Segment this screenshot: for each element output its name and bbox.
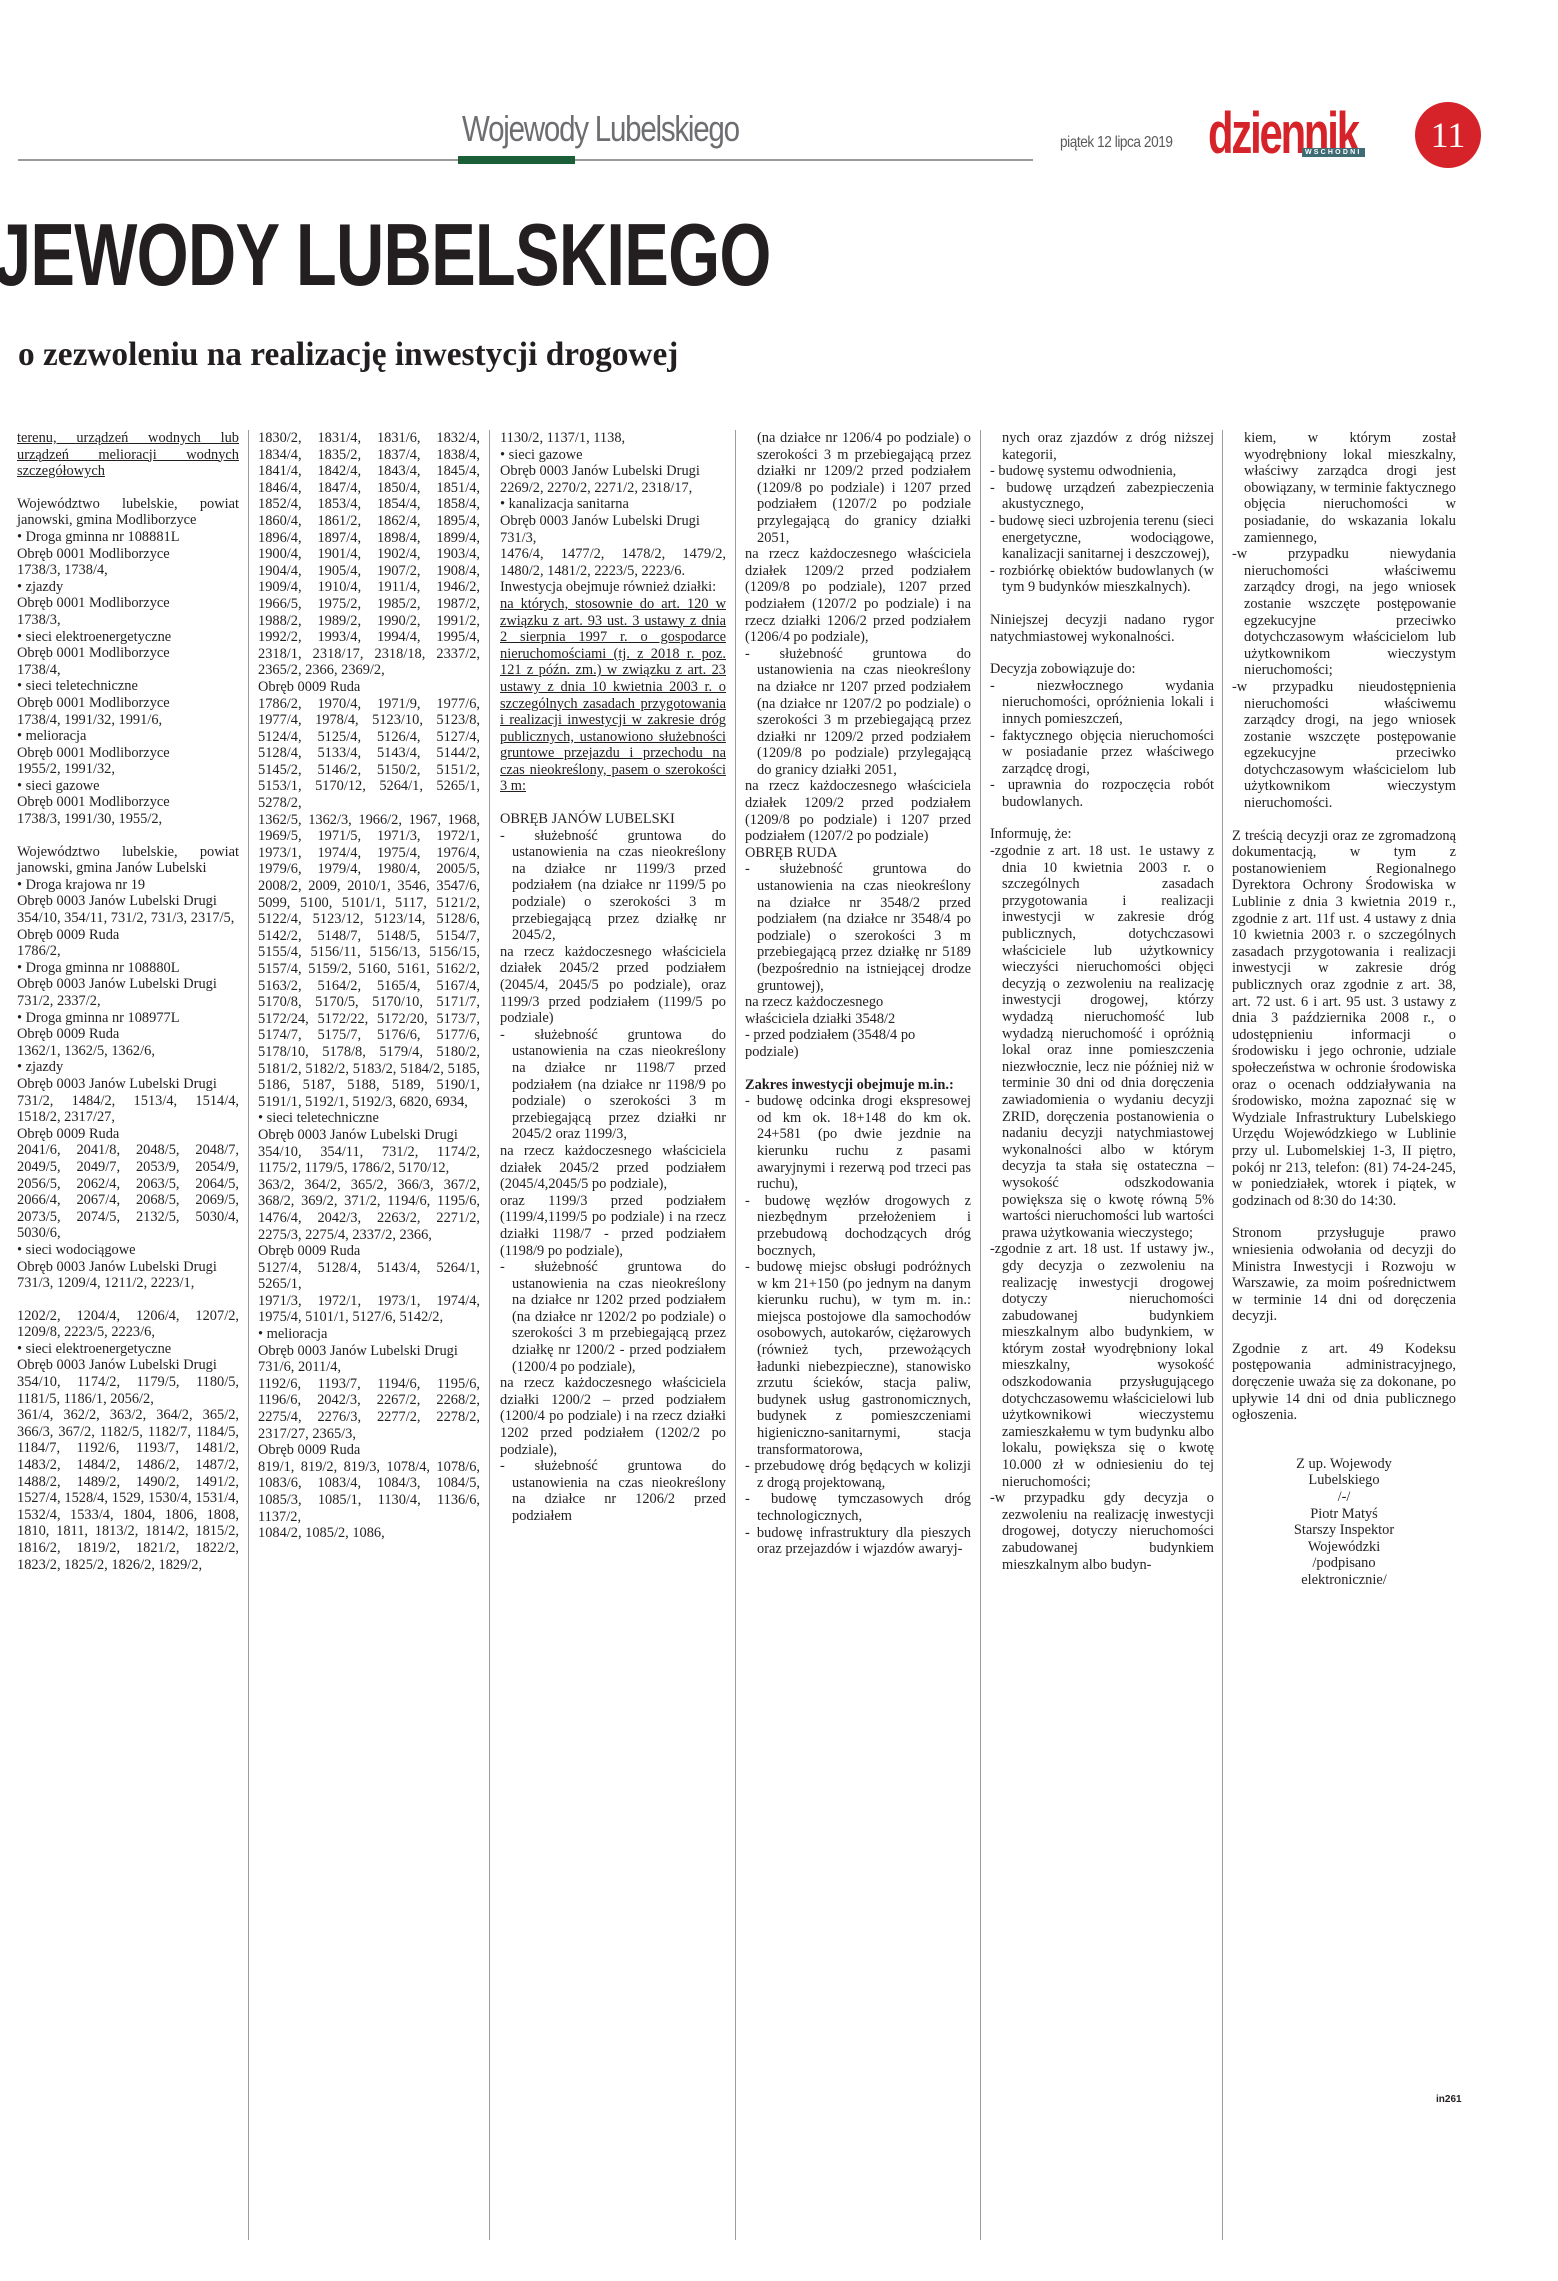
paragraph: na rzecz każdoczesnego bbox=[745, 994, 971, 1011]
paragraph: Województwo lubelskie, powiat janowski, … bbox=[17, 844, 239, 877]
paragraph: 1738/4, bbox=[17, 662, 239, 679]
paragraph: 354/10, 354/11, 731/2, 731/3, 2317/5, bbox=[17, 910, 239, 927]
paragraph: nych oraz zjazdów z dróg niższej kategor… bbox=[990, 430, 1214, 463]
paragraph: -w przypadku niewydania nieruchomości wł… bbox=[1232, 546, 1456, 679]
paragraph: • Droga gminna nr 108881L bbox=[17, 529, 239, 546]
paragraph: Obręb 0003 Janów Lubelski Drugi bbox=[17, 1076, 239, 1093]
paragraph: - służebność gruntowa do ustanowienia na… bbox=[500, 828, 726, 944]
paragraph: • Droga krajowa nr 19 bbox=[17, 877, 239, 894]
paragraph: 819/1, 819/2, 819/3, 1078/4, 1078/6, 108… bbox=[258, 1459, 480, 1525]
paragraph: właściciela działki 3548/2 bbox=[745, 1011, 971, 1028]
signature-line: Piotr Matyś bbox=[1232, 1506, 1456, 1523]
paragraph: - uprawnia do rozpoczęcia robót budowlan… bbox=[990, 777, 1214, 810]
newspaper-logo-subtitle: WSCHODNI bbox=[1302, 148, 1365, 157]
paragraph-spacer bbox=[990, 810, 1214, 826]
paragraph: 354/10, 1174/2, 1179/5, 1180/5, 1181/5, … bbox=[17, 1374, 239, 1407]
article-column-5: nych oraz zjazdów z dróg niższej kategor… bbox=[990, 430, 1214, 2250]
column-divider bbox=[489, 430, 490, 2240]
paragraph: Niniejszej decyzji nadano rygor natychmi… bbox=[990, 612, 1214, 645]
paragraph: • sieci teletechniczne bbox=[258, 1110, 480, 1127]
paragraph: • zjazdy bbox=[17, 1059, 239, 1076]
paragraph: Obręb 0003 Janów Lubelski Drugi bbox=[17, 976, 239, 993]
ad-code: in261 bbox=[1436, 2094, 1462, 2105]
paragraph: 354/10, 354/11, 731/2, 1174/2, 1175/2, 1… bbox=[258, 1144, 480, 1177]
paragraph: Obręb 0003 Janów Lubelski Drugi bbox=[500, 463, 726, 480]
paragraph: Obręb 0001 Modliborzyce bbox=[17, 794, 239, 811]
paragraph: Z treścią decyzji oraz ze zgromadzoną do… bbox=[1232, 828, 1456, 1210]
paragraph: kiem, w którym został wyodrębniony lokal… bbox=[1232, 430, 1456, 546]
page-number-badge: 11 bbox=[1415, 102, 1481, 168]
paragraph: Obręb 0009 Ruda bbox=[17, 1126, 239, 1143]
paragraph-spacer bbox=[1232, 1424, 1456, 1440]
paragraph: na rzecz każdoczesnego właściciela dział… bbox=[500, 1375, 726, 1458]
paragraph: 731/3, bbox=[500, 530, 726, 547]
paragraph: • kanalizacja sanitarna bbox=[500, 496, 726, 513]
paragraph: oraz 1199/3 przed podziałem (1199/4,1199… bbox=[500, 1193, 726, 1259]
paragraph: 363/2, 364/2, 365/2, 366/3, 367/2, 368/2… bbox=[258, 1177, 480, 1243]
headline: JEWODY LUBELSKIEGO bbox=[0, 210, 771, 300]
paragraph: - budowę urządzeń zabezpieczenia akustyc… bbox=[990, 480, 1214, 513]
paragraph: na których, stosownie do art. 120 w zwią… bbox=[500, 596, 726, 795]
paragraph: - służebność gruntowa do ustanowienia na… bbox=[745, 646, 971, 779]
paragraph: 1738/3, bbox=[17, 612, 239, 629]
column-divider bbox=[980, 430, 981, 2240]
paragraph: 1362/5, 1362/3, 1966/2, 1967, 1968, 1969… bbox=[258, 812, 480, 1111]
paragraph: 1971/3, 1972/1, 1973/1, 1974/4, 1975/4, … bbox=[258, 1293, 480, 1326]
paragraph: Obręb 0003 Janów Lubelski Drugi bbox=[258, 1343, 480, 1360]
paragraph: 5127/4, 5128/4, 5143/4, 5264/1, 5265/1, bbox=[258, 1260, 480, 1293]
paragraph: - budowę infrastruktury dla pieszych ora… bbox=[745, 1525, 971, 1558]
column-divider bbox=[248, 430, 249, 2240]
paragraph: Decyzja zobowiązuje do: bbox=[990, 661, 1214, 678]
paragraph: Obręb 0003 Janów Lubelski Drugi bbox=[500, 513, 726, 530]
signature-line: /-/ bbox=[1232, 1489, 1456, 1506]
paragraph: Zakres inwestycji obejmuje m.in.: bbox=[745, 1077, 971, 1094]
paragraph: 1130/2, 1137/1, 1138, bbox=[500, 430, 726, 447]
signature-line: Starszy Inspektor bbox=[1232, 1522, 1456, 1539]
paragraph: - rozbiórkę obiektów budowlanych (w tym … bbox=[990, 563, 1214, 596]
paragraph: -w przypadku nieudostępnienia nieruchomo… bbox=[1232, 679, 1456, 812]
signature-line: elektronicznie/ bbox=[1232, 1572, 1456, 1589]
paragraph-spacer bbox=[17, 1292, 239, 1308]
signature-block: Z up. WojewodyLubelskiego/-/Piotr MatyśS… bbox=[1232, 1456, 1456, 1589]
paragraph: 1786/2, bbox=[17, 943, 239, 960]
paragraph: Obręb 0003 Janów Lubelski Drugi bbox=[258, 1127, 480, 1144]
paragraph: OBRĘB JANÓW LUBELSKI bbox=[500, 811, 726, 828]
paragraph: OBRĘB RUDA bbox=[745, 845, 971, 862]
paragraph: Obręb 0001 Modliborzyce bbox=[17, 695, 239, 712]
paragraph: Obręb 0003 Janów Lubelski Drugi bbox=[17, 1357, 239, 1374]
paragraph: • melioracja bbox=[17, 728, 239, 745]
paragraph: 1786/2, 1970/4, 1971/9, 1977/6, 1977/4, … bbox=[258, 696, 480, 812]
paragraph-spacer bbox=[17, 828, 239, 844]
paragraph: 731/2, 1484/2, 1513/4, 1514/4, 1518/2, 2… bbox=[17, 1093, 239, 1126]
paragraph: na rzecz każdoczesnego właściciela dział… bbox=[745, 546, 971, 646]
paragraph: Obręb 0009 Ruda bbox=[258, 1243, 480, 1260]
paragraph: - budowę sieci uzbrojenia terenu (sieci … bbox=[990, 513, 1214, 563]
paragraph: - służebność gruntowa do ustanowienia na… bbox=[500, 1458, 726, 1524]
paragraph: (na działce nr 1206/4 po podziale) o sze… bbox=[745, 430, 971, 546]
issue-date: piątek 12 lipca 2019 bbox=[1060, 134, 1172, 152]
paragraph: • Droga gminna nr 108880L bbox=[17, 960, 239, 977]
paragraph: - służebność gruntowa do ustanowienia na… bbox=[500, 1259, 726, 1375]
paragraph: 1362/1, 1362/5, 1362/6, bbox=[17, 1043, 239, 1060]
paragraph: • sieci elektroenergetyczne bbox=[17, 629, 239, 646]
paragraph-spacer bbox=[1232, 812, 1456, 828]
paragraph-spacer bbox=[1232, 1325, 1456, 1341]
paragraph: terenu, urządzeń wodnych lub urządzeń me… bbox=[17, 430, 239, 480]
paragraph: • melioracja bbox=[258, 1326, 480, 1343]
paragraph: Obręb 0009 Ruda bbox=[17, 1026, 239, 1043]
paragraph: na rzecz każdoczesnego właściciela dział… bbox=[500, 1143, 726, 1193]
paragraph: 1084/2, 1085/2, 1086, bbox=[258, 1525, 480, 1542]
signature-line: Z up. Wojewody bbox=[1232, 1456, 1456, 1473]
paragraph: Obręb 0001 Modliborzyce bbox=[17, 546, 239, 563]
article-column-1: terenu, urządzeń wodnych lub urządzeń me… bbox=[17, 430, 239, 2250]
paragraph: - budowę węzłów drogowych z niezbędnym p… bbox=[745, 1193, 971, 1259]
column-divider bbox=[1222, 430, 1223, 2240]
paragraph: 1738/3, 1738/4, bbox=[17, 562, 239, 579]
section-underline bbox=[458, 156, 575, 164]
paragraph: Obręb 0009 Ruda bbox=[258, 1442, 480, 1459]
paragraph-spacer bbox=[745, 1061, 971, 1077]
paragraph-spacer bbox=[500, 795, 726, 811]
paragraph: 2269/2, 2270/2, 2271/2, 2318/17, bbox=[500, 480, 726, 497]
paragraph: na rzecz każdoczesnego właściciela dział… bbox=[745, 778, 971, 844]
paragraph: 2041/6, 2041/8, 2048/5, 2048/7, 2049/5, … bbox=[17, 1142, 239, 1242]
paragraph: 731/2, 2337/2, bbox=[17, 993, 239, 1010]
paragraph: Obręb 0009 Ruda bbox=[17, 927, 239, 944]
paragraph: 361/4, 362/2, 363/2, 364/2, 365/2, 366/3… bbox=[17, 1407, 239, 1573]
article-column-3: 1130/2, 1137/1, 1138,• sieci gazoweObręb… bbox=[500, 430, 726, 2250]
paragraph: 731/3, 1209/4, 1211/2, 2223/1, bbox=[17, 1275, 239, 1292]
paragraph-spacer bbox=[990, 596, 1214, 612]
paragraph: • Droga gminna nr 108977L bbox=[17, 1010, 239, 1027]
section-title: Wojewody Lubelskiego bbox=[462, 108, 739, 150]
paragraph: 1738/4, 1991/32, 1991/6, bbox=[17, 712, 239, 729]
paragraph: na rzecz każdoczesnego właściciela dział… bbox=[500, 944, 726, 1027]
paragraph: Informuję, że: bbox=[990, 826, 1214, 843]
paragraph: - przebudowę dróg będących w kolizji z d… bbox=[745, 1458, 971, 1491]
paragraph: Inwestycja obejmuje również działki: bbox=[500, 579, 726, 596]
paragraph: - faktycznego objęcia nieruchomości w po… bbox=[990, 728, 1214, 778]
paragraph: Obręb 0001 Modliborzyce bbox=[17, 595, 239, 612]
paragraph: - służebność gruntowa do ustanowienia na… bbox=[500, 1027, 726, 1143]
column-divider bbox=[735, 430, 736, 2240]
paragraph: • sieci wodociągowe bbox=[17, 1242, 239, 1259]
paragraph: • sieci elektroenergetyczne bbox=[17, 1341, 239, 1358]
paragraph: Województwo lubelskie, powiat janowski, … bbox=[17, 496, 239, 529]
paragraph: 1476/4, 1477/2, 1478/2, 1479/2, 1480/2, … bbox=[500, 546, 726, 579]
paragraph: • zjazdy bbox=[17, 579, 239, 596]
paragraph: Stronom przysługuje prawo wniesienia odw… bbox=[1232, 1225, 1456, 1325]
paragraph-spacer bbox=[17, 480, 239, 496]
signature-line: /podpisano bbox=[1232, 1555, 1456, 1572]
paragraph: - niezwłocznego wydania nieruchomości, o… bbox=[990, 678, 1214, 728]
paragraph-spacer bbox=[990, 645, 1214, 661]
page-header: Wojewody Lubelskiego piątek 12 lipca 201… bbox=[0, 0, 1558, 170]
paragraph: -zgodnie z art. 18 ust. 1e ustawy z dnia… bbox=[990, 843, 1214, 1241]
paragraph: - przed podziałem (3548/4 po podziale) bbox=[745, 1027, 971, 1060]
paragraph: Obręb 0003 Janów Lubelski Drugi bbox=[17, 1259, 239, 1276]
paragraph: 1202/2, 1204/4, 1206/4, 1207/2, 1209/8, … bbox=[17, 1308, 239, 1341]
signature-line: Lubelskiego bbox=[1232, 1472, 1456, 1489]
paragraph: 1192/6, 1193/7, 1194/6, 1195/6, 1196/6, … bbox=[258, 1376, 480, 1442]
paragraph: 1830/2, 1831/4, 1831/6, 1832/4, 1834/4, … bbox=[258, 430, 480, 679]
paragraph: • sieci gazowe bbox=[500, 447, 726, 464]
paragraph: 1955/2, 1991/32, bbox=[17, 761, 239, 778]
paragraph: 731/6, 2011/4, bbox=[258, 1359, 480, 1376]
paragraph: Obręb 0001 Modliborzyce bbox=[17, 645, 239, 662]
paragraph: Zgodnie z art. 49 Kodeksu postępowania a… bbox=[1232, 1341, 1456, 1424]
paragraph: - budowę miejsc obsługi podróżnych w km … bbox=[745, 1259, 971, 1458]
paragraph-spacer bbox=[1232, 1209, 1456, 1225]
paragraph: -w przypadku gdy decyzja o zezwoleniu na… bbox=[990, 1490, 1214, 1573]
paragraph: Obręb 0001 Modliborzyce bbox=[17, 745, 239, 762]
paragraph: Obręb 0009 Ruda bbox=[258, 679, 480, 696]
paragraph: - budowę odcinka drogi ekspresowej od km… bbox=[745, 1093, 971, 1193]
article-column-4: (na działce nr 1206/4 po podziale) o sze… bbox=[745, 430, 971, 2250]
paragraph: • sieci teletechniczne bbox=[17, 678, 239, 695]
article-column-2: 1830/2, 1831/4, 1831/6, 1832/4, 1834/4, … bbox=[258, 430, 480, 2250]
paragraph: • sieci gazowe bbox=[17, 778, 239, 795]
subheadline: o zezwoleniu na realizację inwestycji dr… bbox=[18, 336, 678, 374]
paragraph: - służebność gruntowa do ustanowienia na… bbox=[745, 861, 971, 994]
article-column-6: kiem, w którym został wyodrębniony lokal… bbox=[1232, 430, 1456, 2250]
paragraph-spacer bbox=[1232, 1440, 1456, 1456]
paragraph: -zgodnie z art. 18 ust. 1f ustawy jw., g… bbox=[990, 1241, 1214, 1490]
paragraph: 1738/3, 1991/30, 1955/2, bbox=[17, 811, 239, 828]
paragraph: Obręb 0003 Janów Lubelski Drugi bbox=[17, 893, 239, 910]
signature-line: Wojewódzki bbox=[1232, 1539, 1456, 1556]
paragraph: - budowę tymczasowych dróg technologiczn… bbox=[745, 1491, 971, 1524]
paragraph: - budowę systemu odwodnienia, bbox=[990, 463, 1214, 480]
